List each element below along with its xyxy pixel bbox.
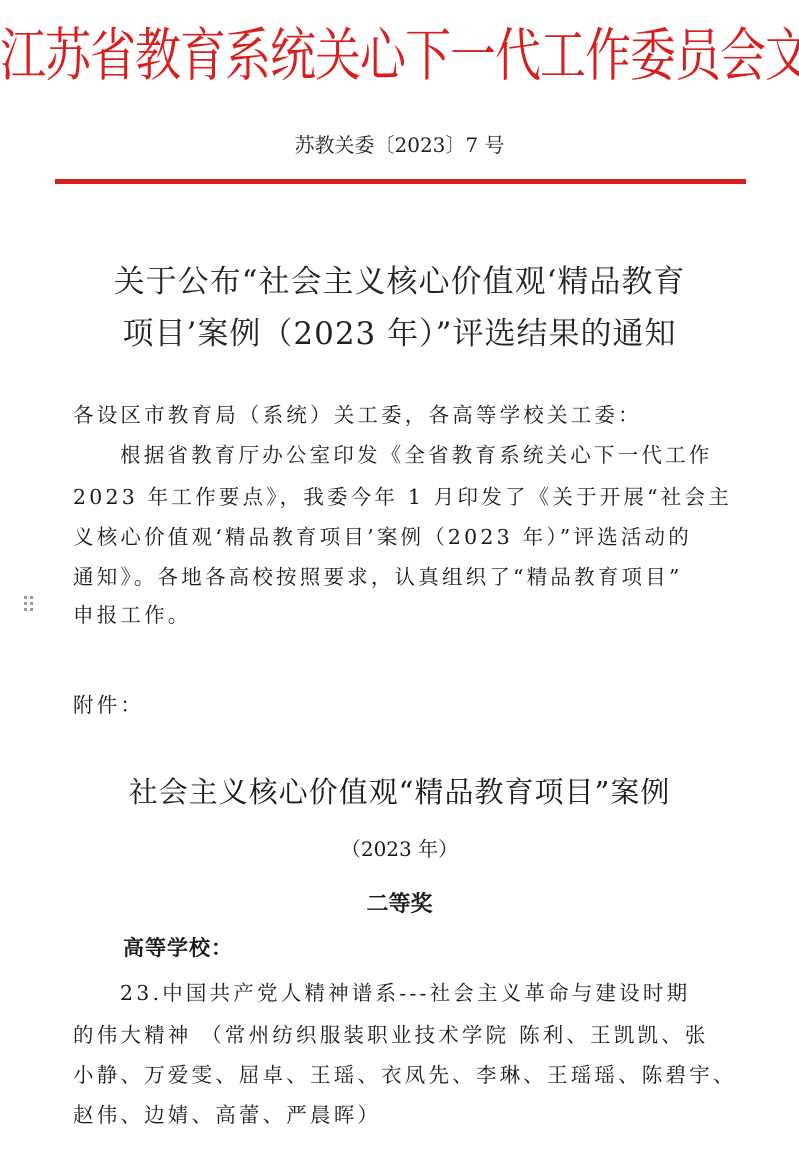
body-line: 义核心价值观‘精品教育项目’案例（2023 年）”评选活动的 bbox=[73, 520, 692, 550]
body-line: 通知》。各地各高校按照要求，认真组织了“精品教育项目” bbox=[73, 560, 683, 590]
body-line: 2023 年工作要点》，我委今年 1 月印发了《关于开展“社会主 bbox=[73, 480, 732, 510]
document-number: 苏教关委〔2023〕7 号 bbox=[0, 129, 799, 158]
entry-line: 的伟大精神 （常州纺织服装职业技术学院 陈利、王凯凯、张 bbox=[73, 1018, 709, 1048]
prize-level-heading: 二等奖 bbox=[0, 887, 799, 918]
entry-line: 赵伟、边婧、高蕾、严晨晖） bbox=[73, 1098, 381, 1128]
attachment-label: 附件： bbox=[73, 688, 144, 718]
drag-handle-icon[interactable] bbox=[24, 596, 36, 614]
notice-title-line-1: 关于公布“社会主义核心价值观‘精品教育 bbox=[0, 256, 799, 301]
body-line: 申报工作。 bbox=[73, 598, 192, 628]
body-line: 根据省教育厅办公室印发《全省教育系统关心下一代工作 bbox=[120, 438, 713, 468]
entry-line: 小静、万爱雯、屈卓、王瑶、衣凤先、李琳、王瑶瑶、陈碧宇、 bbox=[73, 1058, 737, 1088]
entry-line: 23.中国共产党人精神谱系---社会主义革命与建设时期 bbox=[120, 976, 690, 1006]
category-heading: 高等学校： bbox=[123, 932, 233, 962]
document-masthead: 江苏省教育系统关心下一代工作委员会文件 bbox=[0, 10, 799, 93]
red-divider-line bbox=[55, 179, 746, 184]
attachment-year: （2023 年） bbox=[0, 833, 799, 862]
salutation: 各设区市教育局（系统）关工委，各高等学校关工委： bbox=[73, 398, 642, 428]
attachment-title: 社会主义核心价值观“精品教育项目”案例 bbox=[0, 770, 799, 811]
notice-title-line-2: 项目’案例（2023 年）”评选结果的通知 bbox=[0, 308, 799, 353]
